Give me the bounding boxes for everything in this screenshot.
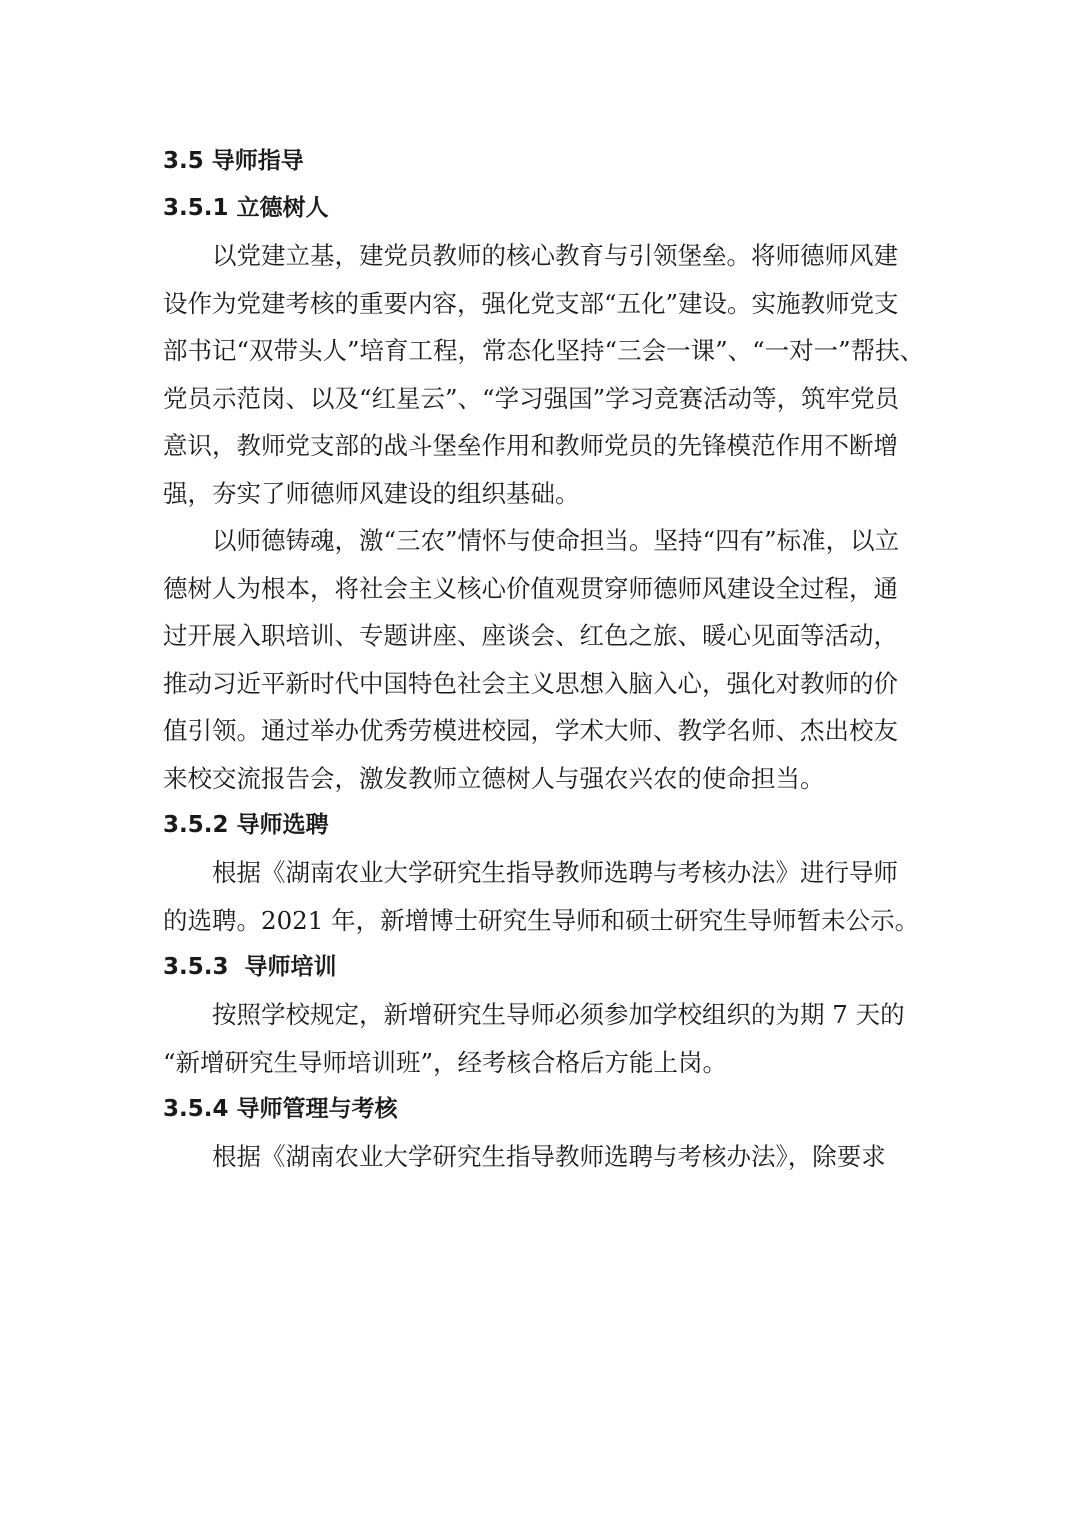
text-line: 以师德铸魂，激“三农”情怀与使命担当。坚持“四有”标准，以立 [163, 517, 915, 565]
paragraph-management: 根据《湖南农业大学研究生指导教师选聘与考核办法》，除要求 [163, 1133, 915, 1181]
section-heading-3-5-2: 3.5.2 导师选聘 [163, 802, 915, 849]
paragraph-party-building: 以党建立基，建党员教师的核心教育与引领堡垒。将师德师风建 设作为党建考核的重要内… [163, 232, 915, 517]
paragraph-selection: 根据《湖南农业大学研究生指导教师选聘与考核办法》进行导师 的选聘。2021 年，… [163, 849, 915, 944]
text-line: 强，夯实了师德师风建设的组织基础。 [163, 470, 915, 518]
text-line: 以党建立基，建党员教师的核心教育与引领堡垒。将师德师风建 [163, 232, 915, 280]
text-line: 推动习近平新时代中国特色社会主义思想入脑入心，强化对教师的价 [163, 660, 915, 708]
text-line: 党员示范岗、以及“红星云”、“学习强国”学习竞赛活动等，筑牢党员 [163, 375, 915, 423]
text-line: 值引领。通过举办优秀劳模进校园，学术大师、教学名师、杰出校友 [163, 707, 915, 755]
text-line: 设作为党建考核的重要内容，强化党支部“五化”建设。实施教师党支 [163, 280, 915, 328]
section-heading-3-5-4: 3.5.4 导师管理与考核 [163, 1086, 915, 1133]
text-line: 按照学校规定，新增研究生导师必须参加学校组织的为期 7 天的 [163, 991, 915, 1039]
section-heading-3-5: 3.5 导师指导 [163, 138, 915, 185]
section-heading-3-5-1: 3.5.1 立德树人 [163, 185, 915, 232]
text-line: 的选聘。2021 年，新增博士研究生导师和硕士研究生导师暂未公示。 [163, 897, 915, 945]
text-line: 过开展入职培训、专题讲座、座谈会、红色之旅、暖心见面等活动， [163, 612, 915, 660]
text-line: 来校交流报告会，激发教师立德树人与强农兴农的使命担当。 [163, 755, 915, 803]
paragraph-ethics: 以师德铸魂，激“三农”情怀与使命担当。坚持“四有”标准，以立 德树人为根本，将社… [163, 517, 915, 802]
section-heading-3-5-3: 3.5.3 导师培训 [163, 944, 915, 991]
text-line: 意识，教师党支部的战斗堡垒作用和教师党员的先锋模范作用不断增 [163, 422, 915, 470]
text-line: 根据《湖南农业大学研究生指导教师选聘与考核办法》，除要求 [163, 1133, 915, 1181]
text-line: “新增研究生导师培训班”，经考核合格后方能上岗。 [163, 1039, 915, 1087]
text-line: 部书记“双带头人”培育工程，常态化坚持“三会一课”、“一对一”帮扶、 [163, 327, 915, 375]
paragraph-training: 按照学校规定，新增研究生导师必须参加学校组织的为期 7 天的 “新增研究生导师培… [163, 991, 915, 1086]
text-line: 德树人为根本，将社会主义核心价值观贯穿师德师风建设全过程，通 [163, 565, 915, 613]
document-page: 3.5 导师指导 3.5.1 立德树人 以党建立基，建党员教师的核心教育与引领堡… [163, 138, 915, 1181]
text-line: 根据《湖南农业大学研究生指导教师选聘与考核办法》进行导师 [163, 849, 915, 897]
